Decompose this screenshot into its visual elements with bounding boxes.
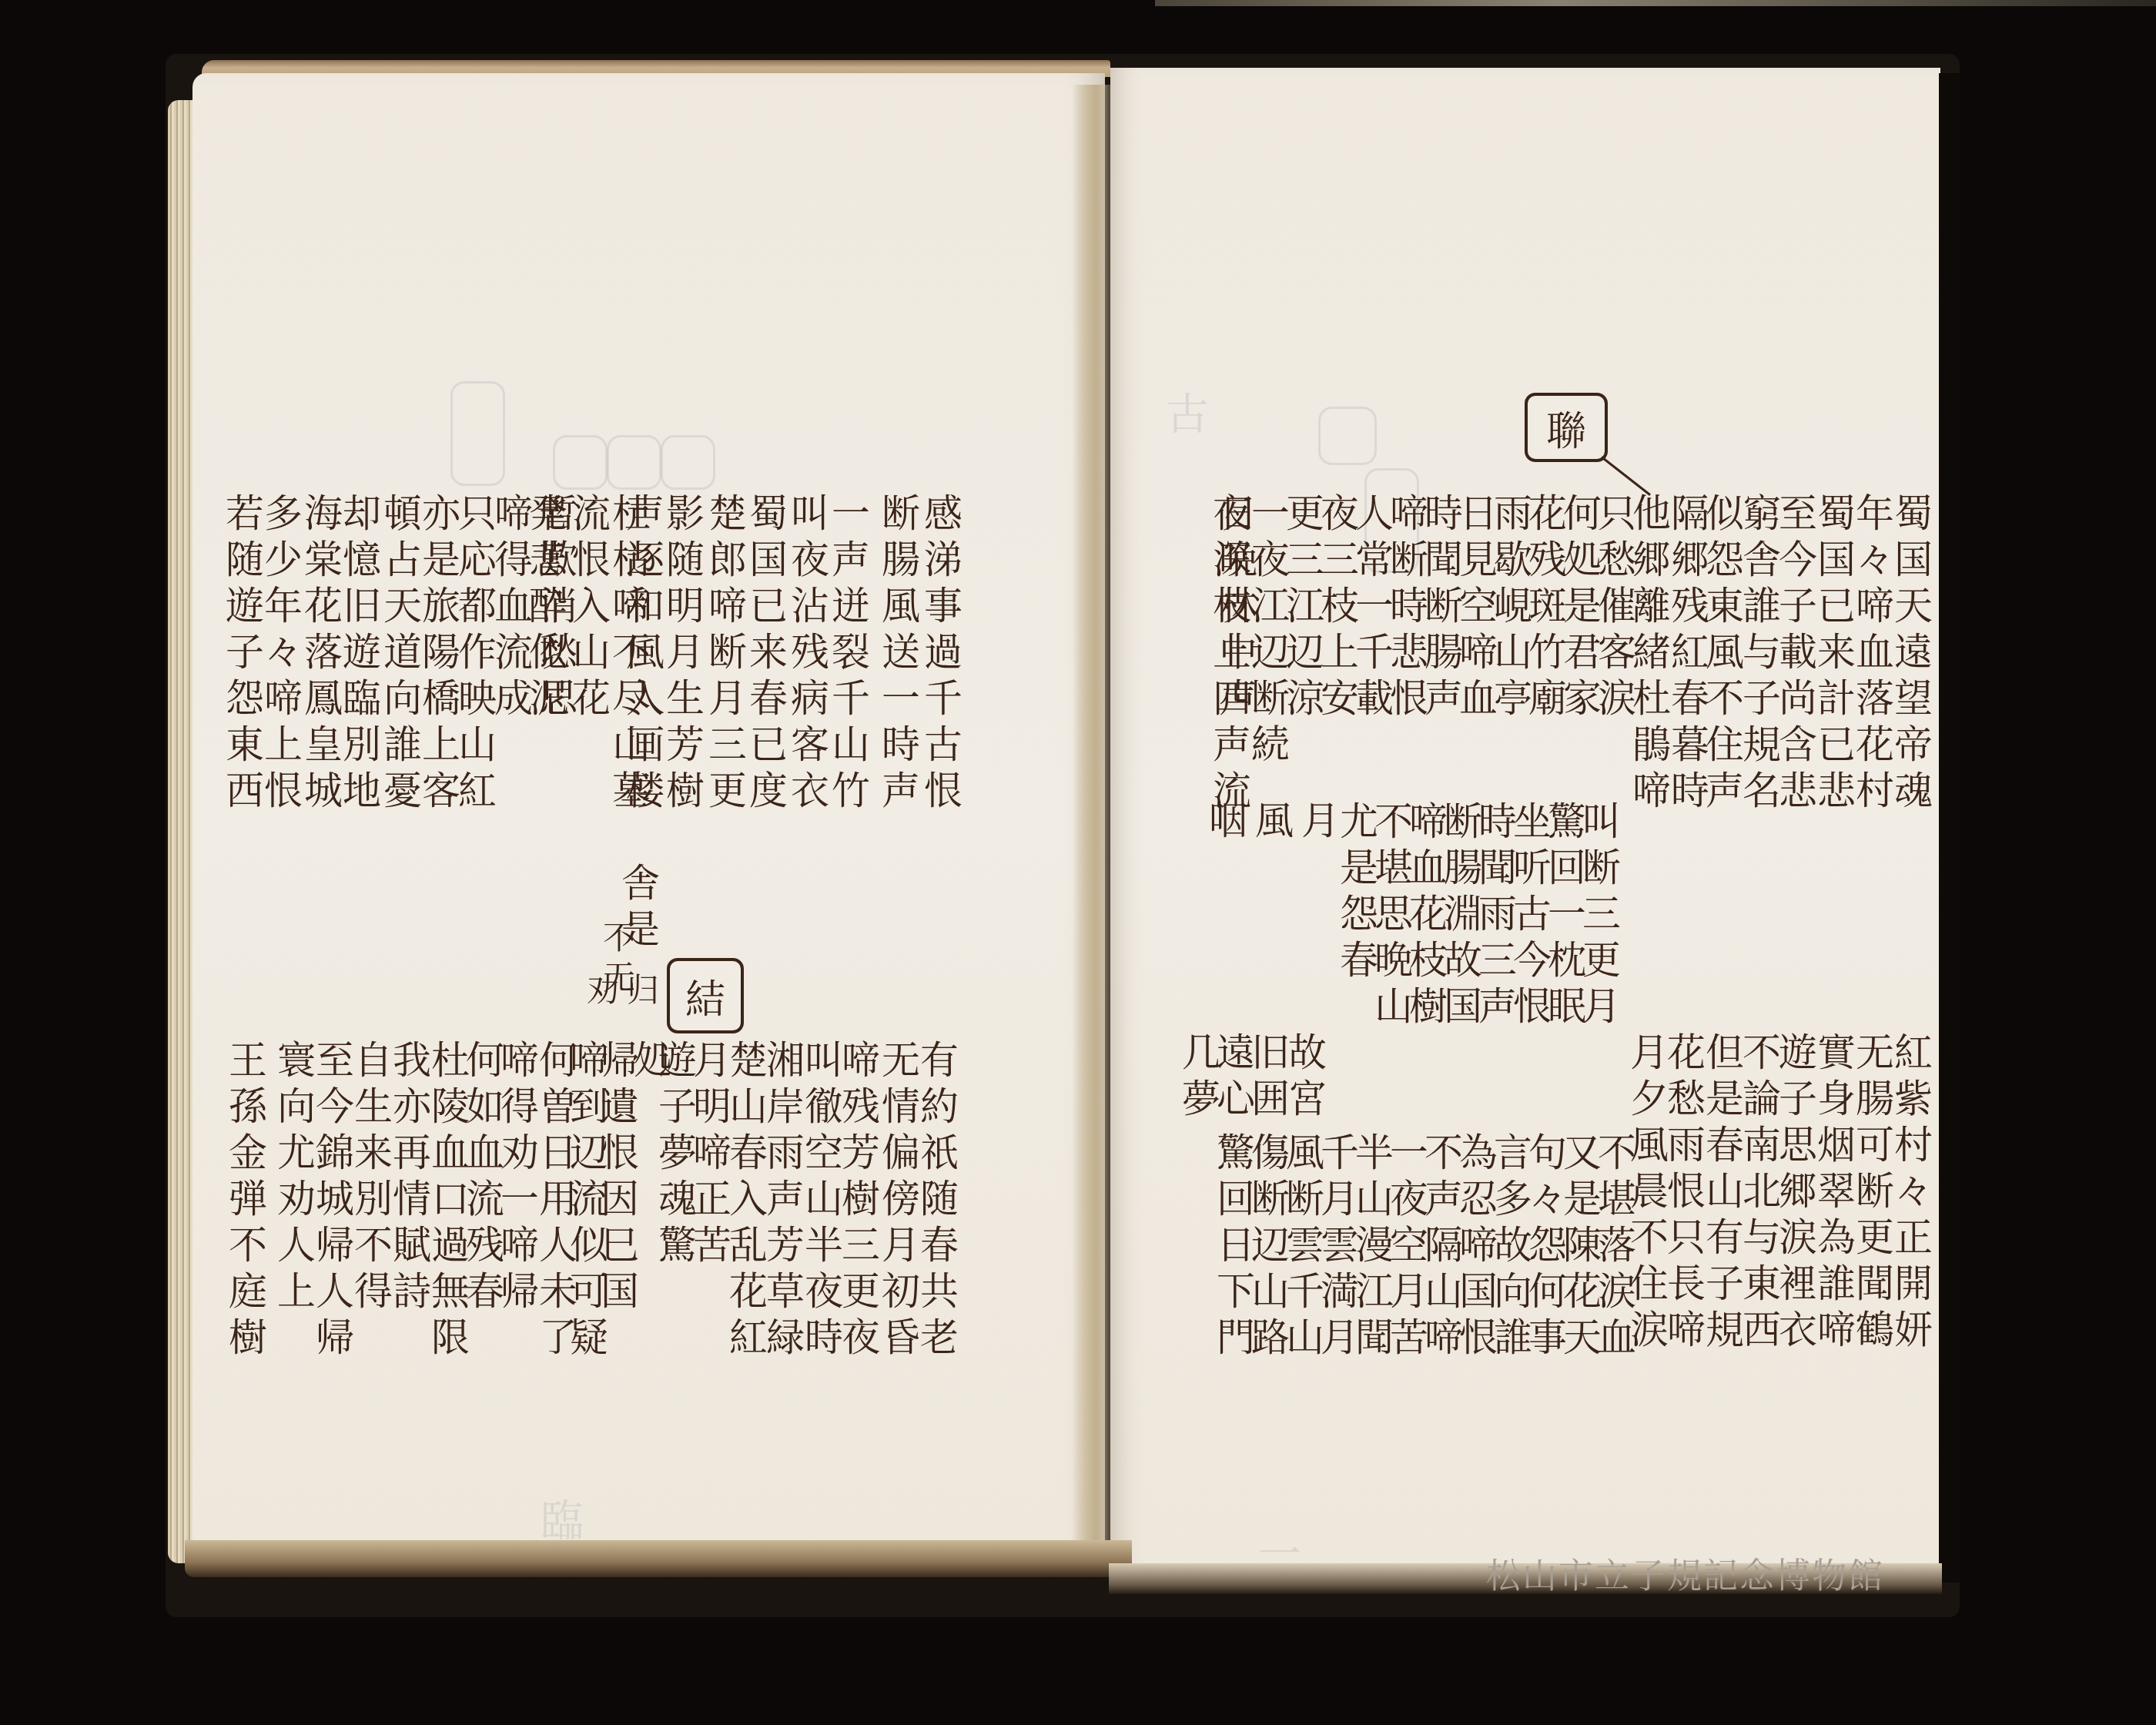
text-column: 不論南北与東西 (1739, 1032, 1779, 1355)
text-column: 頓占天道向誰憂 (380, 493, 420, 816)
manuscript-photo: 臨 古 一 感涕事過千古恨 断腸風送一時声 一声迸裂千山竹 叫夜沾残病客衣 蜀国… (0, 0, 2156, 1725)
text-column: 實身烟翠為誰啼 (1813, 1032, 1853, 1355)
text-column: 至今錦城帰人帰 (312, 1040, 352, 1363)
text-column: 有約祇随春共老 (916, 1040, 956, 1363)
right-board-edge (1939, 73, 1960, 1583)
text-column: 无情偏傍月初昏 (878, 1040, 918, 1363)
bleed-through-box (450, 381, 505, 486)
book-bottom-edge-left (185, 1540, 1132, 1577)
text-column: 自生来別不得 (350, 1040, 390, 1317)
text-column: 影随明月生芳樹 (662, 493, 702, 816)
text-column: 年々啼血落花村 (1852, 493, 1892, 816)
text-column: 无腸可断更聞鶴 (1852, 1032, 1892, 1355)
bleed-through-text: 古 (1157, 391, 1210, 434)
text-column: 感涕事過千古恨 (920, 493, 960, 816)
boxed-heading-ketsu: 結 (667, 958, 744, 1033)
text-column: 王孫金弾不庭樹 (225, 1040, 265, 1363)
text-column: 多少年々啼上恨 (260, 493, 300, 816)
text-column: 杜枯啼不尽山墓 (608, 493, 648, 816)
text-column: 隔郷残紅春暮時 (1667, 493, 1707, 816)
text-column: 却憶旧遊臨別地 (339, 493, 379, 816)
text-fragment: 劝归 (587, 970, 667, 1010)
text-column: 但是春山有子規 (1702, 1032, 1742, 1355)
text-column: 亦是旅陽橋上客 (418, 493, 458, 816)
text-column: 叫徹空山半夜時 (801, 1040, 841, 1363)
bleed-through-text: 臨 (531, 1498, 585, 1541)
text-column: 蜀国已来計已悲 (1813, 493, 1853, 816)
bleed-through-box (661, 435, 715, 490)
museum-watermark: 松山市立子規記念博物館 (1486, 1548, 1884, 1598)
text-column: 楚郎啼断月三更 (705, 493, 745, 816)
text-column: 故宮 (1284, 1032, 1324, 1124)
text-column: 花愁雨恨只長啼 (1663, 1032, 1703, 1355)
text-column: 何曽日用人未了 (535, 1040, 575, 1363)
bleed-through-box (553, 435, 608, 490)
text-column: 几夢 (1178, 1032, 1218, 1124)
text-column: 夜深枝上四声流 (1209, 493, 1249, 816)
bleed-through-box (607, 435, 661, 490)
book-gutter (1072, 85, 1112, 1571)
text-column: 杜陵血口過無限 (427, 1040, 467, 1363)
bleed-through-box (1318, 407, 1377, 465)
text-column: 一声迸裂千山竹 (828, 493, 868, 816)
text-column: 我亦再情賦詩 (389, 1040, 429, 1317)
text-column: 湘岸雨声芳草緑 (762, 1040, 802, 1363)
top-edge-strip (1155, 0, 2156, 6)
text-column: 断腸風送一時声 (878, 493, 918, 816)
text-column: 蜀国已来春已度 (745, 493, 785, 816)
text-column: 叫夜沾残病客衣 (787, 493, 827, 816)
text-fragment: 咽風月 (1209, 801, 1347, 841)
boxed-heading-ren: 聯 (1525, 393, 1608, 462)
text-column: 蜀国天遠望帝魂 (1890, 493, 1930, 816)
text-column: 窮舎誰与子規名 (1739, 493, 1779, 816)
text-column: 驚回日下門 (1213, 1132, 1253, 1363)
text-column: 啼残芳樹三更夜 (838, 1040, 878, 1363)
text-column: 寰向尤劝人上 (273, 1040, 313, 1317)
text-column: 紅紫村々正開妍 (1890, 1032, 1930, 1355)
text-column: 海棠花落鳳皇城 (300, 493, 340, 816)
text-column: 若随遊子怨東西 (222, 493, 262, 816)
